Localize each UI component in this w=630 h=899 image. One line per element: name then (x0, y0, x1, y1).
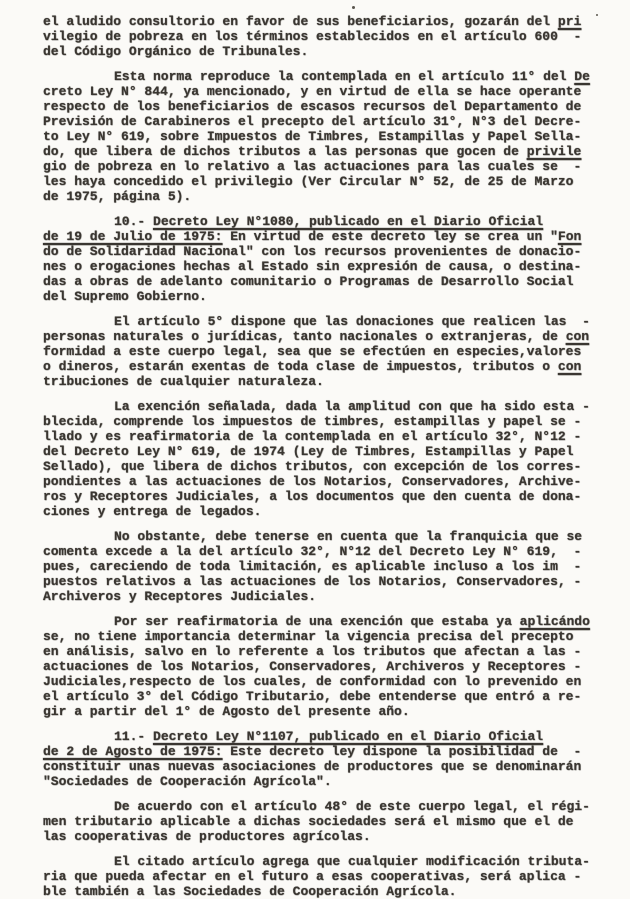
text-line: del Supremo Gobierno. (43, 289, 606, 304)
paragraph: Por ser reafirmatoria de una exención qu… (43, 614, 606, 719)
text-segment: "Sociedades de Cooperación Agrícola". (43, 774, 332, 789)
text-line: No obstante, debe tenerse en cuenta que … (43, 529, 606, 544)
text-segment: en análisis, salvo en lo referente a los… (43, 644, 581, 659)
text-line: puestos relativos a las actuaciones de l… (43, 574, 606, 589)
text-line: del Código Orgánico de Tribunales. (43, 44, 606, 59)
text-line: gio de pobreza en lo relativo a las actu… (43, 159, 606, 174)
paragraph: el aludido consultorio en favor de sus b… (43, 14, 606, 59)
text-segment: La exención señalada, dada la amplitud c… (114, 399, 590, 414)
text-segment: puestos relativos a las actuaciones de l… (43, 574, 581, 589)
text-line: tribuciones de cualquier naturaleza. (43, 374, 606, 389)
text-segment: Archiveros y Receptores Judiciales. (43, 589, 316, 604)
scan-artifact-dot (596, 14, 598, 16)
text-line: Archiveros y Receptores Judiciales. (43, 589, 606, 604)
text-line: se, no tiene importancia determinar la v… (43, 629, 606, 644)
text-line: gir a partir del 1° de Agosto del presen… (43, 704, 606, 719)
text-segment: les haya concedido el privilegio (Ver Ci… (43, 174, 574, 189)
text-line: ble también a las Sociedades de Cooperac… (43, 884, 606, 899)
text-segment: gio de pobreza en lo relativo a las actu… (43, 159, 581, 174)
text-segment: do de Solidaridad Nacional" con los recu… (43, 244, 581, 259)
text-segment: Por ser reafirmatoria de una exención qu… (114, 614, 520, 629)
text-line: men tributario aplicable a dichas socied… (43, 814, 606, 829)
text-segment: De acuerdo con el artículo 48° de este c… (114, 799, 590, 814)
document-text: el aludido consultorio en favor de sus b… (43, 14, 606, 899)
text-segment: comenta excede a la del artículo 32°, N°… (43, 544, 581, 559)
paragraph: No obstante, debe tenerse en cuenta que … (43, 529, 606, 604)
text-segment: las cooperativas de productores agrícola… (43, 829, 371, 844)
text-line: La exención señalada, dada la amplitud c… (43, 399, 606, 414)
text-segment: respecto de los beneficiarios de escasos… (43, 99, 581, 114)
text-segment: men tributario aplicable a dichas socied… (43, 814, 574, 829)
underlined-text: con (558, 359, 581, 374)
text-line: nes o erogaciones hechas al Estado sin e… (43, 259, 606, 274)
text-line: De acuerdo con el artículo 48° de este c… (43, 799, 606, 814)
underlined-text: de 2 de Agosto de 1975: (43, 744, 222, 759)
underlined-text: privile (527, 144, 582, 159)
underlined-text: Decreto Ley N°1107, publicado en el Diar… (153, 729, 543, 744)
text-segment: blecida, comprende los impuestos de timb… (43, 414, 581, 429)
text-line: el aludido consultorio en favor de sus b… (43, 14, 606, 29)
text-line: de 19 de Julio de 1975: En virtud de est… (43, 229, 606, 244)
text-segment: formidad a este cuerpo legal, sea que se… (43, 344, 581, 359)
text-segment: actuaciones de los Notarios, Conservador… (43, 659, 581, 674)
text-segment: El artículo 5° dispone que las donacione… (114, 314, 590, 329)
text-line: ria que pueda afectar en el futuro a esa… (43, 869, 606, 884)
text-line: o dineros, estarán exentas de toda clase… (43, 359, 606, 374)
text-line: do de Solidaridad Nacional" con los recu… (43, 244, 606, 259)
paragraph: 10.- Decreto Ley N°1080, publicado en el… (43, 214, 606, 304)
text-line: Sellado), que libera de dichos tributos,… (43, 459, 606, 474)
text-segment: llado y es reafirmatoria de la contempla… (43, 429, 581, 444)
text-line: constituir unas nuevas asociaciones de p… (43, 759, 606, 774)
text-segment: pues, careciendo de toda limitación, es … (43, 559, 581, 574)
text-line: les haya concedido el privilegio (Ver Ci… (43, 174, 606, 189)
text-line: creto Ley N° 844, ya mencionado, y en vi… (43, 84, 606, 99)
text-line: del Decreto Ley N° 619, de 1974 (Ley de … (43, 444, 606, 459)
text-segment: Previsión de Carabineros el precepto del… (43, 114, 581, 129)
text-segment: personas naturales o jurídicas, tanto na… (43, 329, 566, 344)
text-line: 11.- Decreto Ley N°1107, publicado en el… (43, 729, 606, 744)
text-line: El artículo 5° dispone que las donacione… (43, 314, 606, 329)
text-segment: de 1975, página 5). (43, 189, 191, 204)
underlined-text: De (574, 69, 590, 84)
text-line: das a obras de adelanto comunitario o Pr… (43, 274, 606, 289)
paragraph: De acuerdo con el artículo 48° de este c… (43, 799, 606, 844)
text-segment: se, no tiene importancia determinar la v… (43, 629, 574, 644)
text-line: actuaciones de los Notarios, Conservador… (43, 659, 606, 674)
text-line: to Ley N° 619, sobre Impuestos de Timbre… (43, 129, 606, 144)
scan-artifact-dot (352, 6, 355, 9)
text-segment: Este decreto ley dispone la posibilidad … (222, 744, 581, 759)
text-line: pues, careciendo de toda limitación, es … (43, 559, 606, 574)
underlined-text: con (566, 329, 589, 344)
paragraph: 11.- Decreto Ley N°1107, publicado en el… (43, 729, 606, 789)
text-line: respecto de los beneficiarios de escasos… (43, 99, 606, 114)
text-segment: el aludido consultorio en favor de sus b… (43, 14, 558, 29)
text-line: comenta excede a la del artículo 32°, N°… (43, 544, 606, 559)
text-segment: del Decreto Ley N° 619, de 1974 (Ley de … (43, 444, 574, 459)
underlined-text: Decreto Ley N°1080, publicado en el Diar… (153, 214, 543, 229)
underlined-text: pri (558, 14, 581, 29)
text-line: Judiciales,respecto de los cuales, de co… (43, 674, 606, 689)
text-line: "Sociedades de Cooperación Agrícola". (43, 774, 606, 789)
text-line: pondientes a las actuaciones de los Nota… (43, 474, 606, 489)
text-segment: 11.- (114, 729, 153, 744)
text-line: personas naturales o jurídicas, tanto na… (43, 329, 606, 344)
text-segment: En virtud de este decreto ley se crea un… (222, 229, 557, 244)
text-line: Previsión de Carabineros el precepto del… (43, 114, 606, 129)
text-segment: el artículo 3° del Código Tributario, de… (43, 689, 581, 704)
text-segment: No obstante, debe tenerse en cuenta que … (114, 529, 582, 544)
text-line: el artículo 3° del Código Tributario, de… (43, 689, 606, 704)
text-line: ciones y entrega de legados. (43, 504, 606, 519)
text-segment: ros y Receptores Judiciales, a los docum… (43, 489, 581, 504)
text-segment: to Ley N° 619, sobre Impuestos de Timbre… (43, 129, 581, 144)
paragraph: El citado artículo agrega que cualquier … (43, 854, 606, 899)
text-line: de 1975, página 5). (43, 189, 606, 204)
text-segment: ble también a las Sociedades de Cooperac… (43, 884, 456, 899)
text-line: de 2 de Agosto de 1975: Este decreto ley… (43, 744, 606, 759)
underlined-text: Fon (558, 229, 581, 244)
text-segment: Judiciales,respecto de los cuales, de co… (43, 674, 581, 689)
text-line: vilegio de pobreza en los términos estab… (43, 29, 606, 44)
text-segment: o dineros, estarán exentas de toda clase… (43, 359, 558, 374)
underlined-text: de 19 de Julio de 1975: (43, 229, 222, 244)
text-segment: ria que pueda afectar en el futuro a esa… (43, 869, 581, 884)
text-segment: Esta norma reproduce la contemplada en e… (114, 69, 574, 84)
text-segment: 10.- (114, 214, 153, 229)
text-segment: del Supremo Gobierno. (43, 289, 207, 304)
text-segment: vilegio de pobreza en los términos estab… (43, 29, 581, 44)
text-segment: El citado artículo agrega que cualquier … (114, 854, 590, 869)
text-line: 10.- Decreto Ley N°1080, publicado en el… (43, 214, 606, 229)
text-line: blecida, comprende los impuestos de timb… (43, 414, 606, 429)
text-line: llado y es reafirmatoria de la contempla… (43, 429, 606, 444)
paragraph: La exención señalada, dada la amplitud c… (43, 399, 606, 519)
text-segment: del Código Orgánico de Tribunales. (43, 44, 308, 59)
text-segment: Sellado), que libera de dichos tributos,… (43, 459, 581, 474)
text-segment: das a obras de adelanto comunitario o Pr… (43, 274, 574, 289)
text-line: en análisis, salvo en lo referente a los… (43, 644, 606, 659)
text-segment: ciones y entrega de legados. (43, 504, 261, 519)
underlined-text: aplicándo (520, 614, 590, 629)
text-segment: nes o erogaciones hechas al Estado sin e… (43, 259, 581, 274)
text-line: formidad a este cuerpo legal, sea que se… (43, 344, 606, 359)
text-segment: do, que libera de dichos tributos a las … (43, 144, 527, 159)
document-page: el aludido consultorio en favor de sus b… (0, 0, 630, 899)
text-line: Por ser reafirmatoria de una exención qu… (43, 614, 606, 629)
text-line: El citado artículo agrega que cualquier … (43, 854, 606, 869)
text-segment: tribuciones de cualquier naturaleza. (43, 374, 324, 389)
text-line: do, que libera de dichos tributos a las … (43, 144, 606, 159)
text-segment: creto Ley N° 844, ya mencionado, y en vi… (43, 84, 581, 99)
text-line: ros y Receptores Judiciales, a los docum… (43, 489, 606, 504)
text-segment: constituir unas nuevas asociaciones de p… (43, 759, 581, 774)
text-segment: gir a partir del 1° de Agosto del presen… (43, 704, 410, 719)
text-segment: pondientes a las actuaciones de los Nota… (43, 474, 581, 489)
text-line: Esta norma reproduce la contemplada en e… (43, 69, 606, 84)
text-line: las cooperativas de productores agrícola… (43, 829, 606, 844)
paragraph: Esta norma reproduce la contemplada en e… (43, 69, 606, 204)
paragraph: El artículo 5° dispone que las donacione… (43, 314, 606, 389)
